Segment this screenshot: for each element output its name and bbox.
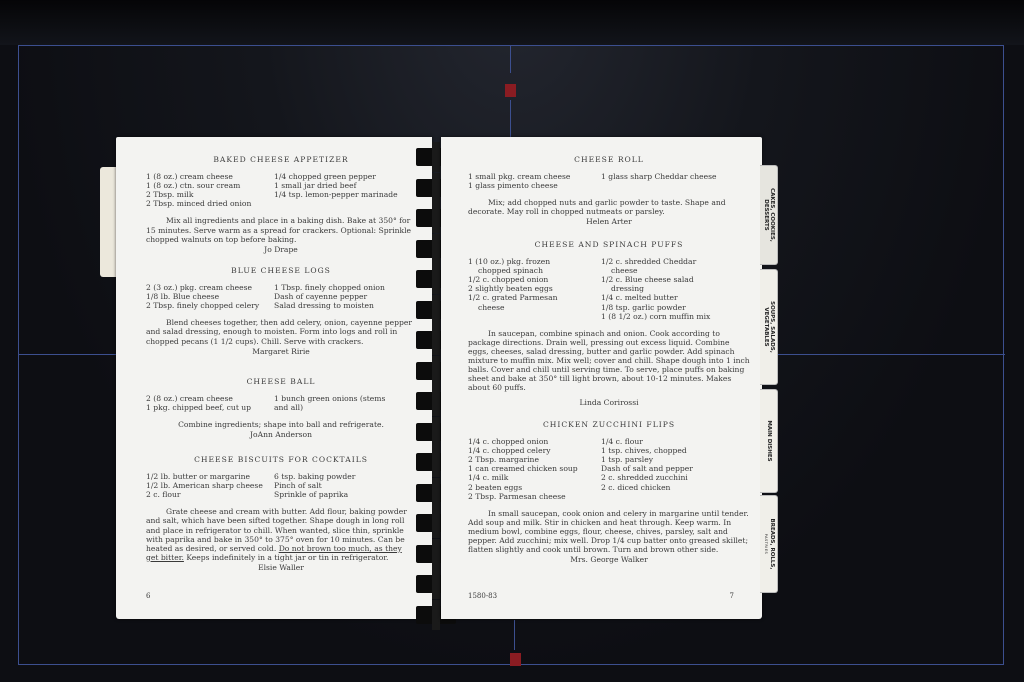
ingredient-line: 2 Tbsp. finely chopped celery [146,301,274,310]
recipe: BAKED CHEESE APPETIZER 1 (8 oz.) cream c… [146,155,416,254]
recipe-author: JoAnn Anderson [146,430,416,439]
ingredients-col2: 1/2 c. shredded Cheddarcheese1/2 c. Blue… [601,257,750,321]
footer-code: 1580-83 [468,592,497,601]
ingredient-line: 1/4 c. milk [468,473,601,482]
recipe-author: Elsie Waller [146,563,416,572]
ingredient-line: 1 (8 oz.) ctn. sour cream [146,181,274,190]
ingredients-col1: 2 (8 oz.) cream cheese1 pkg. chipped bee… [146,394,274,412]
recipe: BLUE CHEESE LOGS 2 (3 oz.) pkg. cream ch… [146,266,416,356]
ingredient-line: 1 small pkg. cream cheese [468,172,601,181]
page-number: 7 [730,592,734,601]
ingredient-line: 2 (3 oz.) pkg. cream cheese [146,283,274,292]
ingredient-line: 1 (10 oz.) pkg. frozen [468,257,601,266]
ingredient-line: 2 Tbsp. milk [146,190,274,199]
recipe: CHEESE AND SPINACH PUFFS 1 (10 oz.) pkg.… [468,240,750,408]
ingredients-col1: 1 (8 oz.) cream cheese1 (8 oz.) ctn. sou… [146,172,274,208]
ingredient-line: 1/4 c. flour [601,437,750,446]
recipe-directions: Combine ingredients; shape into ball and… [146,420,416,429]
recipe-author: Linda Corirossi [468,398,750,407]
ingredients-col1: 1/4 c. chopped onion1/4 c. chopped celer… [468,437,601,501]
ingredients-col2: 1 bunch green onions (stemsand all) [274,394,416,412]
tab-label: SOUPS, SALADS, [769,301,775,353]
center-mark-bottom [514,620,515,650]
ingredient-line: and all) [274,403,416,412]
ingredients-col2: 6 tsp. baking powderPinch of saltSprinkl… [274,472,416,499]
ingredient-line: cheese [601,266,750,275]
left-page: BAKED CHEESE APPETIZER 1 (8 oz.) cream c… [116,137,432,619]
ingredient-line: 1 small jar dried beef [274,181,416,190]
ingredient-line: 1 glass pimento cheese [468,181,601,190]
ingredients-col1: 1 (10 oz.) pkg. frozenchopped spinach1/2… [468,257,601,321]
center-mark-top-lower [510,100,511,137]
tab-cakes-cookies-desserts[interactable]: CAKES, COOKIES,DESSERTS [760,165,778,265]
ingredient-line: dressing [601,284,750,293]
crosshair-right [775,354,1005,355]
ingredient-line: 1/8 tsp. garlic powder [601,303,750,312]
ingredient-line: 1/2 lb. butter or margarine [146,472,274,481]
tab-label: DESSERTS [763,199,769,230]
ingredients-col1: 1 small pkg. cream cheese1 glass pimento… [468,172,601,190]
ingredient-line: Sprinkle of paprika [274,490,416,499]
recipe-title: BAKED CHEESE APPETIZER [146,155,416,164]
recipe-title: CHEESE BISCUITS FOR COCKTAILS [146,455,416,464]
recipe-title: CHEESE BALL [146,377,416,386]
ingredient-line: 2 Tbsp. Parmesan cheese [468,492,601,501]
ingredient-line: 2 c. shredded zucchini [601,473,750,482]
ingredient-line: 2 beaten eggs [468,483,601,492]
recipe-title: CHICKEN ZUCCHINI FLIPS [468,420,750,429]
ingredient-line: 1 tsp. parsley [601,455,750,464]
recipe-author: Mrs. George Walker [468,555,750,564]
registration-marker-bottom [510,653,521,666]
recipe-directions: In saucepan, combine spinach and onion. … [468,329,750,393]
ingredient-line: 6 tsp. baking powder [274,472,416,481]
recipe-directions: Mix; add chopped nuts and garlic powder … [468,198,750,216]
ingredient-line: 1 (8 oz.) cream cheese [146,172,274,181]
ingredient-line: 1/2 c. chopped onion [468,275,601,284]
recipe-title: CHEESE ROLL [468,155,750,164]
crosshair-left [18,354,118,355]
ingredients-col2: 1 glass sharp Cheddar cheese [601,172,750,190]
ingredient-line: Dash of cayenne pepper [274,292,416,301]
recipe-directions: Mix all ingredients and place in a bakin… [146,216,416,243]
ingredient-line: 1/4 chopped green pepper [274,172,416,181]
ingredient-line: 1/4 c. melted butter [601,293,750,302]
ingredients-col2: 1/4 chopped green pepper1 small jar drie… [274,172,416,208]
ingredients-col2: 1 Tbsp. finely chopped onionDash of caye… [274,283,416,310]
registration-marker-top [505,84,516,97]
tab-sublabel: PASTRIES [763,519,769,570]
tab-label: CAKES, COOKIES, [769,188,775,242]
ingredient-line: 1 (8 1/2 oz.) corn muffin mix [601,312,750,321]
ingredient-line: 2 (8 oz.) cream cheese [146,394,274,403]
ingredient-line: cheese [468,303,601,312]
recipe-title: CHEESE AND SPINACH PUFFS [468,240,750,249]
ingredient-line: Pinch of salt [274,481,416,490]
ingredient-line: chopped spinach [468,266,601,275]
ingredient-line: 1 glass sharp Cheddar cheese [601,172,750,181]
recipe-title: BLUE CHEESE LOGS [146,266,416,275]
recipe-author: Helen Arter [468,217,750,226]
tab-label: MAIN DISHES [766,420,772,461]
ingredient-line: 2 c. flour [146,490,274,499]
tab-soups-salads-vegetables[interactable]: SOUPS, SALADS,VEGETABLES [760,269,778,385]
recipe-author: Margaret Ririe [146,347,416,356]
ingredient-line: 1/2 c. grated Parmesan [468,293,601,302]
ingredient-line: 1/2 lb. American sharp cheese [146,481,274,490]
section-tabs: CAKES, COOKIES,DESSERTS SOUPS, SALADS,VE… [760,165,780,595]
page-number: 6 [146,592,150,601]
tab-label: VEGETABLES [763,307,769,346]
ingredient-line: 1 tsp. chives, chopped [601,446,750,455]
recipe: CHICKEN ZUCCHINI FLIPS 1/4 c. chopped on… [468,420,750,564]
recipe-directions: Blend cheeses together, then add celery,… [146,318,416,345]
ingredient-line: 1/8 lb. Blue cheese [146,292,274,301]
ingredient-line: 1/4 c. chopped onion [468,437,601,446]
ingredient-line: 2 slightly beaten eggs [468,284,601,293]
recipe-directions: Grate cheese and cream with butter. Add … [146,507,416,562]
ingredient-line: 1 pkg. chipped beef, cut up [146,403,274,412]
ingredient-line: Salad dressing to moisten [274,301,416,310]
tab-breads-rolls-pastries[interactable]: BREADS, ROLLS,PASTRIES [760,495,778,593]
scanner-top-band [0,0,1024,45]
ingredient-line: 1/2 c. Blue cheese salad [601,275,750,284]
recipe: CHEESE BISCUITS FOR COCKTAILS 1/2 lb. bu… [146,455,416,572]
ingredient-line: 1 Tbsp. finely chopped onion [274,283,416,292]
recipe-directions: In small saucepan, cook onion and celery… [468,509,750,554]
directions-text: Keeps indefinitely in a tight jar or tin… [184,553,389,562]
ingredients-col1: 2 (3 oz.) pkg. cream cheese1/8 lb. Blue … [146,283,274,310]
ingredients-col1: 1/2 lb. butter or margarine1/2 lb. Ameri… [146,472,274,499]
ingredient-line: 2 c. diced chicken [601,483,750,492]
center-mark-top [510,45,511,73]
recipe: CHEESE BALL 2 (8 oz.) cream cheese1 pkg.… [146,377,416,439]
ingredient-line: 2 Tbsp. margarine [468,455,601,464]
recipe: CHEESE ROLL 1 small pkg. cream cheese1 g… [468,155,750,227]
ingredient-line: 2 Tbsp. minced dried onion [146,199,274,208]
ingredient-line: 1 bunch green onions (stems [274,394,416,403]
ingredient-line: 1 can creamed chicken soup [468,464,601,473]
ingredient-line: 1/2 c. shredded Cheddar [601,257,750,266]
tab-main-dishes[interactable]: MAIN DISHES [760,389,778,493]
ingredient-line: 1/4 c. chopped celery [468,446,601,455]
right-page: CHEESE ROLL 1 small pkg. cream cheese1 g… [441,137,762,619]
ingredient-line: 1/4 tsp. lemon-pepper marinade [274,190,416,199]
ingredients-col2: 1/4 c. flour1 tsp. chives, chopped1 tsp.… [601,437,750,501]
tab-label: BREADS, ROLLS, [769,519,775,570]
ingredient-line: Dash of salt and pepper [601,464,750,473]
recipe-author: Jo Drape [146,245,416,254]
